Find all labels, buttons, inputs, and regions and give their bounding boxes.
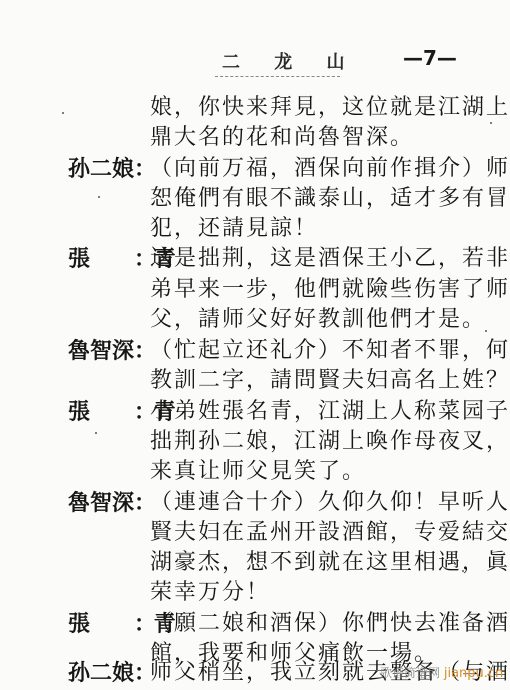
- page-header-title: 二 龙 山: [222, 48, 359, 74]
- dialogue-line: （願二娘和酒保）你們快去准备酒: [150, 611, 510, 637]
- dialogue-line: 鼎大名的花和尚魯智深。: [150, 125, 414, 151]
- speaker-label: 孙二娘: [68, 156, 134, 182]
- dialogue-line: 拙荆孙二娘，江湖上喚作母夜叉，說: [150, 429, 510, 455]
- dialogue-line: 賢夫妇在孟州开設酒館，专爱結交江: [150, 520, 510, 546]
- dialogue-line: 来真让师父見笑了。: [150, 459, 366, 485]
- dialogue-line: （忙起立还礼介）不知者不罪，何言: [150, 338, 510, 364]
- scanned-script-page: 二 龙 山 —7— 娘，你快来拜見，这位就是江湖上鼎 鼎大名的花和尚魯智深。 孙…: [0, 0, 510, 690]
- dialogue-line: 这是拙荆，这是酒保王小乙，若非小: [150, 246, 510, 272]
- dialogue-line: 弟早来一步，他們就險些伤害了师: [150, 277, 510, 303]
- dialogue-line: 父，請师父好好教訓他們才是。: [150, 307, 486, 333]
- watermark: 歌谱简谱网 jianpu.cn: [380, 664, 503, 681]
- dialogue-line: 教訓二字，請問賢夫妇高名上姓？: [150, 368, 510, 394]
- dialogue-line: 小弟姓張名青，江湖上人称菜园子，: [150, 399, 510, 425]
- dialogue-line: 恕俺們有眼不識泰山，适才多有冒: [150, 186, 510, 212]
- watermark-domain: jianpu.cn: [444, 666, 503, 681]
- scan-speck: [490, 122, 492, 124]
- scan-speck: [462, 570, 464, 572]
- speaker-label: 魯智深: [68, 338, 134, 364]
- scan-speck: [485, 330, 487, 332]
- dialogue-line: 犯，还請見諒！: [150, 216, 318, 242]
- dialogue-line: 湖豪杰，想不到就在这里相遇，眞是: [150, 550, 510, 576]
- header-divider: [215, 76, 340, 77]
- speaker-label: 魯智深: [68, 490, 134, 516]
- dialogue-line: 娘，你快来拜見，这位就是江湖上鼎: [150, 95, 510, 121]
- scan-speck: [62, 112, 64, 114]
- scan-speck: [95, 432, 97, 434]
- dialogue-line: （向前万福，酒保向前作揖介）师父，: [150, 156, 510, 182]
- scan-speck: [98, 196, 100, 198]
- watermark-site-name: 歌谱简谱网: [380, 666, 440, 680]
- speaker-label: 孙二娘: [68, 660, 134, 686]
- page-number: —7—: [403, 46, 457, 70]
- dialogue-line: 荣幸万分！: [150, 580, 270, 606]
- dialogue-line: （連連合十介）久仰久仰！早听人說: [150, 490, 510, 516]
